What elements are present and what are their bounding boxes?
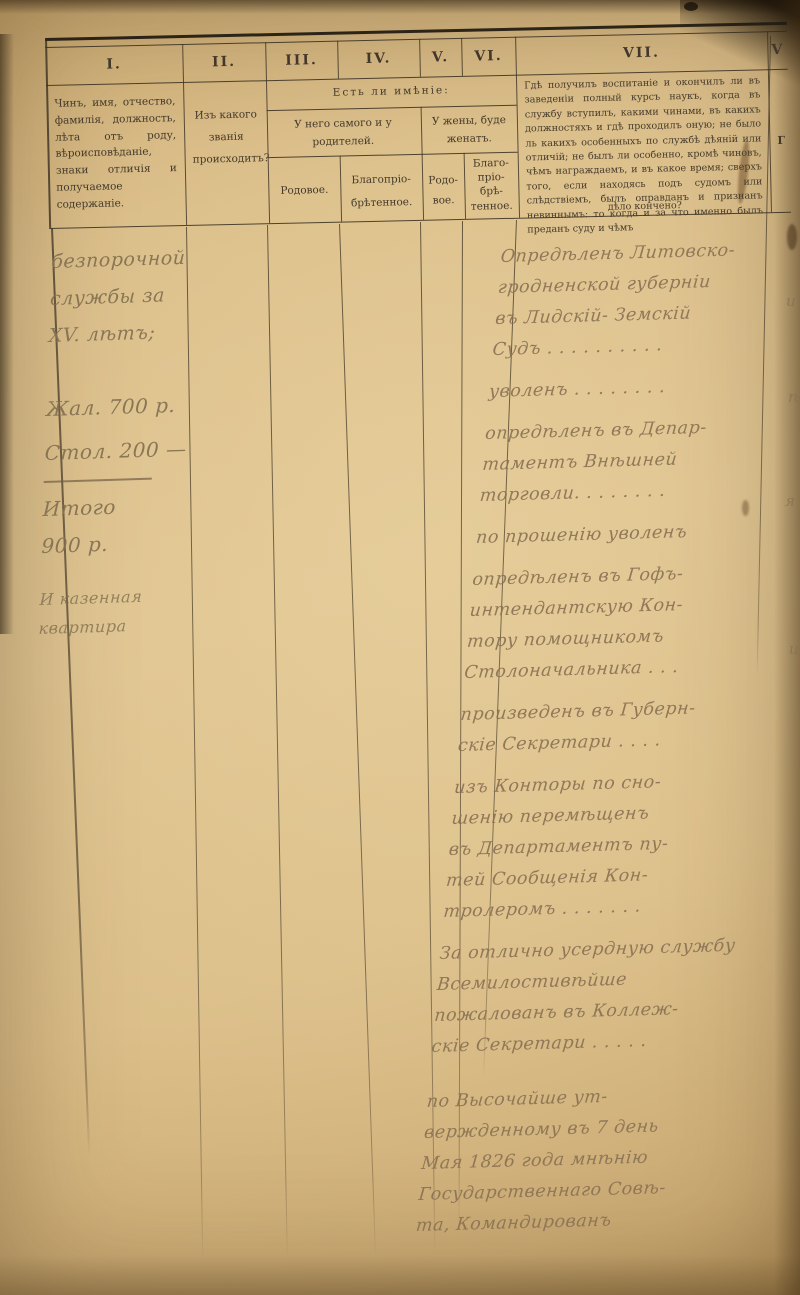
handwritten-entry: произведенъ въ Губерн-скіе Секретари . .… [457,692,763,762]
estate-wife-text: У жены, буде женатъ. [425,112,514,150]
handwritten-entry: безпорочнойслужбы заXV. лѣтъ; [48,239,222,355]
column-numeral-3: III. [265,41,338,81]
edge-fragment: ѣ [788,388,800,406]
column-numeral-5: V. [419,38,462,77]
handwritten-line: Итого 900 р. [41,488,152,565]
edge-fragment: и [786,292,796,310]
handwritten-entry: по прошенію уволенъ [475,515,778,554]
numeral-fragment: V [771,42,784,58]
archival-document-photo: I. II. III. IV. V. VI. VII. V Чинъ, имя,… [0,0,800,1295]
estate-sub-2: Благопріо- брѣтенное. [344,168,419,216]
numeral-label: VI. [474,48,503,65]
handwritten-line: безпорочной [51,239,222,281]
estate-sub-4: Благо- пріо- брѣ- тенное. [466,156,517,214]
handwritten-line: уволенъ . . . . . . . . [487,369,790,408]
col8-text-fragment: Г [777,134,785,147]
header-sep-3-4 [340,156,342,222]
estate-header-text: Есть ли имѣніе: [266,81,516,103]
handwritten-entry: И казеннаяквартира [38,580,210,643]
column-numeral-4: IV. [337,39,420,79]
col1-header-text: Чинъ, имя, отчество, фамилія, должность,… [54,93,178,213]
edge-fragment: и [789,640,799,658]
table-header: I. II. III. IV. V. VI. VII. V Чинъ, имя,… [45,22,791,230]
handwritten-entry: Итого 900 р. [41,478,152,565]
ink-blotch [684,2,698,11]
numeral-label: IV. [365,50,391,67]
handwritten-line: Стол. 200 — [44,426,216,475]
handwritten-line: по прошенію уволенъ [475,515,778,554]
handwritten-entry: по Высочайше ут-вержденному въ 7 деньМая… [415,1079,729,1242]
numeral-label: I. [106,56,122,72]
estate-rule [267,105,517,111]
col2-header-text: Изъ какого званія происходитъ? [191,103,260,171]
page-edge-bottom [0,1255,800,1295]
handwritten-entry: уволенъ . . . . . . . . [487,369,790,408]
numeral-label: III. [285,52,318,69]
column-numeral-2: II. [182,42,266,82]
handwritten-entry: опредѣленъ въ Депар-таментъ Внѣшнейторго… [478,411,787,512]
estate-sub-3: Родо- вое. [424,171,463,212]
col1-handwritten-entries: безпорочнойслужбы заXV. лѣтъ;Жал. 700 р.… [38,239,222,643]
estate-own-parents-text: У него самого и у родителей. [273,114,414,153]
handwritten-line: XV. лѣтъ; [48,313,219,355]
handwritten-line: Жал. 700 р. [45,382,217,431]
handwritten-entry: изъ Конторы по сно-шенію перемѣщенъвъ Де… [442,765,756,928]
header-sep-4-5 [421,107,424,220]
numeral-label: II. [212,54,236,71]
numeral-label: V. [432,49,450,65]
column-numeral-8-fragment: V [771,31,788,69]
handwritten-line: службы за [49,276,220,318]
edge-fragment: я [785,492,795,510]
numeral-label: VII. [623,45,660,62]
handwritten-entry: За отлично усердную службуВсемилостивѣйш… [430,931,742,1063]
column-numeral-1: I. [45,44,183,85]
handwritten-line: квартира [38,609,209,643]
estate-sub-1: Родовое. [270,182,338,200]
handwritten-entry: опредѣленъ въ Гофъ-интендантскую Кон-тор… [463,557,775,689]
handwritten-entry: Жал. 700 р.Стол. 200 — [44,382,217,475]
column-numeral-6: VI. [461,37,516,76]
column-numeral-7: VII. [515,31,768,74]
handwritten-entry: Опредѣленъ Литовско-гродненской губерніи… [491,234,800,366]
page-edge-left [0,34,14,634]
